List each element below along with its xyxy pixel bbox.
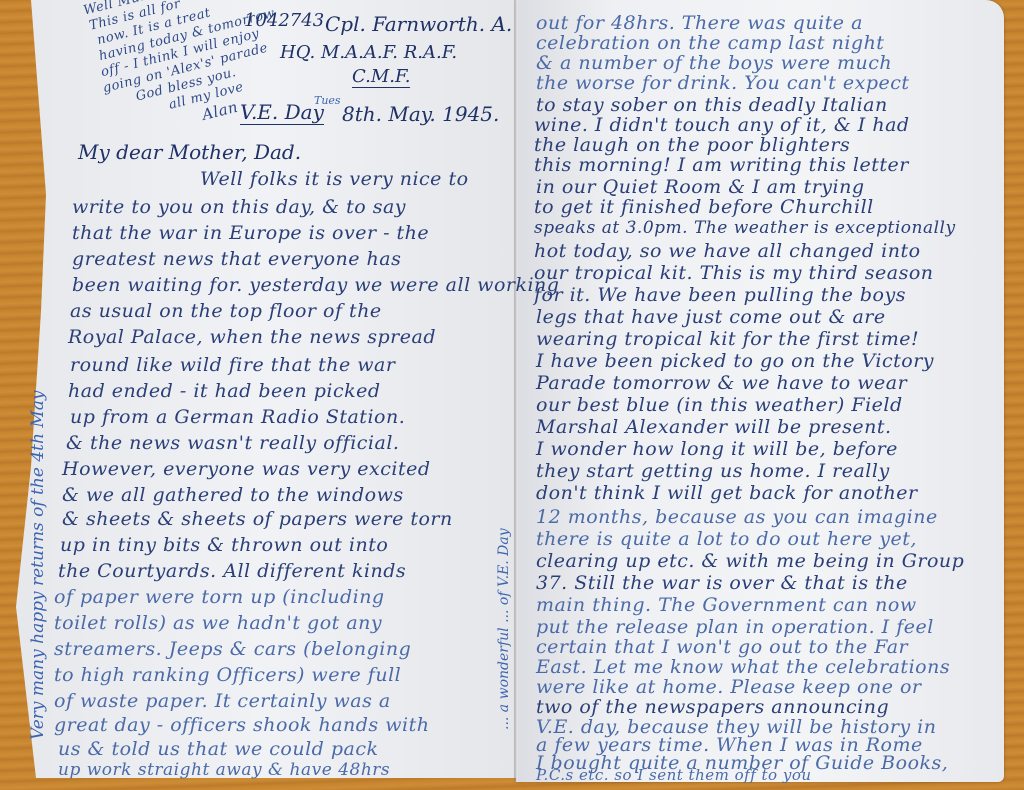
body-line: up work straight away & have 48hrs (58, 760, 390, 780)
body-line: had ended - it had been picked (68, 380, 381, 402)
body-line: P.C.s etc. so I sent them off to you (536, 766, 812, 784)
body-line: wearing tropical kit for the first time! (536, 328, 919, 350)
body-line: East. Let me know what the celebrations (536, 656, 950, 678)
body-line: certain that I won't go out to the Far (536, 636, 908, 658)
sender-command: C.M.F. (352, 66, 410, 88)
body-line: streamers. Jeeps & cars (belonging (54, 638, 411, 660)
body-line: of paper were torn up (including (54, 586, 385, 608)
body-line: & we all gathered to the windows (62, 484, 404, 506)
body-line: toilet rolls) as we hadn't got any (54, 612, 382, 634)
body-line: out for 48hrs. There was quite a (536, 12, 863, 34)
body-line: 12 months, because as you can imagine (536, 506, 938, 528)
body-line: that the war in Europe is over - the (72, 222, 429, 244)
body-line: put the release plan in operation. I fee… (536, 616, 934, 638)
date-prefix: V.E. Day (240, 100, 324, 125)
letter-date: 8th. May. 1945. (342, 102, 499, 126)
body-line: Parade tomorrow & we have to wear (536, 372, 907, 394)
body-line: Well folks it is very nice to (200, 168, 469, 190)
body-line: & sheets & sheets of papers were torn (62, 508, 453, 530)
body-line: wine. I didn't touch any of it, & I had (534, 114, 910, 136)
body-line: round like wild fire that the war (70, 354, 395, 376)
body-line: hot today, so we have all changed into (534, 240, 921, 262)
body-line: legs that have just come out & are (536, 306, 886, 328)
center-fold (514, 0, 518, 782)
body-line: the worse for drink. You can't expect (536, 72, 910, 94)
date-insert: Tues (314, 94, 341, 107)
body-line: up in tiny bits & thrown out into (60, 534, 388, 556)
body-line: & a number of the boys were much (536, 52, 892, 74)
body-line: for it. We have been pulling the boys (534, 284, 906, 306)
body-line: our best blue (in this weather) Field (536, 394, 903, 416)
body-line: two of the newspapers announcing (536, 696, 889, 718)
body-line: 37. Still the war is over & that is the (536, 572, 908, 594)
body-line: were like at home. Please keep one or (536, 676, 922, 698)
margin-note-left: Very many happy returns of the 4th May (28, 391, 48, 740)
body-line: Marshal Alexander will be present. (536, 416, 892, 438)
body-line: up from a German Radio Station. (70, 406, 405, 428)
body-line: write to you on this day, & to say (72, 196, 406, 218)
body-line: clearing up etc. & with me being in Grou… (536, 550, 964, 572)
body-line: of waste paper. It certainly was a (54, 690, 391, 712)
body-line: & the news wasn't really official. (66, 432, 399, 454)
body-line: speaks at 3.0pm. The weather is exceptio… (534, 218, 956, 238)
body-line: this morning! I am writing this letter (534, 154, 909, 176)
body-line: as usual on the top floor of the (70, 300, 382, 322)
body-line: the laugh on the poor blighters (534, 134, 850, 156)
body-line: greatest news that everyone has (72, 248, 401, 270)
body-line: they start getting us home. I really (536, 460, 890, 482)
sender-unit: HQ. M.A.A.F. R.A.F. (280, 42, 457, 63)
body-line: I have been picked to go on the Victory (536, 350, 934, 372)
body-line: in our Quiet Room & I am trying (536, 176, 865, 198)
salutation: My dear Mother, Dad. (78, 140, 301, 164)
body-line: main thing. The Government can now (536, 594, 917, 616)
body-line: been waiting for. yesterday we were all … (72, 274, 559, 296)
sender-name: Cpl. Farnworth. A. (325, 12, 512, 36)
body-line: to get it finished before Churchill (534, 196, 874, 218)
body-line: there is quite a lot to do out here yet, (536, 528, 917, 550)
body-line: the Courtyards. All different kinds (58, 560, 406, 582)
body-line: However, everyone was very excited (62, 458, 431, 480)
margin-note-center: ... a wonderful ... of V.E. Day (496, 528, 512, 730)
body-line: to stay sober on this deadly Italian (536, 94, 888, 116)
body-line: I wonder how long it will be, before (536, 438, 898, 460)
body-line: to high ranking Officers) were full (54, 664, 401, 686)
service-number: 1042743 (244, 10, 324, 31)
body-line: us & told us that we could pack (58, 738, 379, 760)
body-line: don't think I will get back for another (536, 482, 918, 504)
body-line: celebration on the camp last night (536, 32, 884, 54)
body-line: our tropical kit. This is my third seaso… (534, 262, 934, 284)
body-line: Royal Palace, when the news spread (68, 326, 436, 348)
body-line: great day - officers shook hands with (54, 714, 429, 736)
